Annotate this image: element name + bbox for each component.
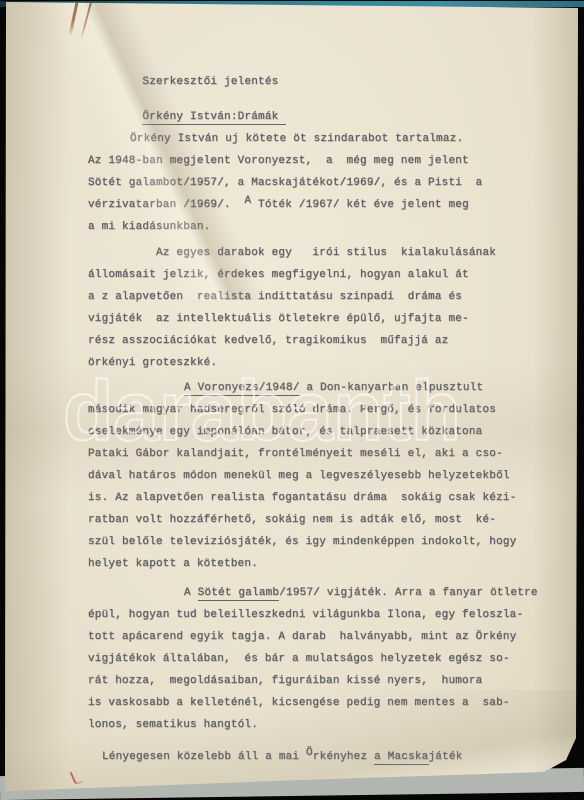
typewritten-line: Sötét galambot/1957/, a Macskajátékot/19… — [88, 172, 538, 194]
typewritten-line: Örkény István uj kötete öt szindarabot t… — [88, 128, 538, 150]
typewritten-line: dával határos módon menekül meg a legves… — [88, 465, 538, 487]
text-segment: Az egyes darabok egy irói stilus kialaku… — [156, 247, 496, 259]
text-segment: ratban volt hozzáférhető, sokáig nem is … — [88, 514, 496, 526]
typewritten-line: ratban volt hozzáférhető, sokáig nem is … — [88, 509, 538, 531]
text-segment: dával határos módon menekül meg a legves… — [88, 470, 510, 482]
paper-sheet: Szerkesztői jelentés Örkény István:Drámá… — [0, 0, 584, 800]
typewritten-line: A Voronyezs/1948/ a Don-kanyarban elpusz… — [88, 377, 538, 399]
text-segment: Pataki Gábor kalandjait, frontélményeit … — [88, 448, 503, 460]
text-segment: épül, hogyan tud beleilleszkedni világun… — [88, 609, 523, 621]
typewritten-line: a z alapvetően realista indittatásu szin… — [88, 286, 538, 308]
text-segment: vérzivatarban /1969/. — [88, 199, 244, 211]
rust-stain-mark — [68, 2, 78, 36]
underlined-text: A Voronyezs/1948/ — [184, 382, 300, 396]
typewritten-line: vérzivatarban /1969/. A Tóték /1967/ két… — [88, 194, 538, 216]
text-segment: játék — [429, 751, 463, 763]
typewritten-line: is vaskosabb a kelleténél, kicsengése pe… — [88, 692, 538, 714]
typewritten-line: is. Az alapvetően realista fogantatásu d… — [88, 487, 538, 509]
typewritten-line: Az 1948-ban megjelent Voronyezst, a még … — [88, 150, 538, 172]
text-segment: vigjáték az intellektuális ötletekre épü… — [88, 313, 469, 325]
text-segment: /1957/ vigjáték. Arra a fanyar ötletre — [279, 587, 537, 599]
text-segment: is vaskosabb a kelleténél, kicsengése pe… — [88, 697, 510, 709]
text-segment: Sötét galambot/1957/, a Macskajátékot/19… — [88, 177, 482, 189]
text-segment: a z alapvetően realista indittatásu szin… — [88, 291, 462, 303]
typewritten-line: tott apácarend egyik tagja. A darab halv… — [88, 626, 538, 648]
typewritten-line: Lényegesen közelebb áll a mai Örkényhez … — [88, 746, 538, 768]
text-segment: cselekménye egy imponálóan bátor, és tal… — [88, 426, 482, 438]
text-segment: Tóték /1967/ két éve jelent meg — [251, 199, 469, 211]
scanned-document: Szerkesztői jelentés Örkény István:Drámá… — [0, 0, 584, 800]
text-segment: helyet kapott a kötetben. — [88, 558, 258, 570]
text-segment: rkényhez — [313, 751, 374, 763]
text-segment: is. Az alapvetően realista fogantatásu d… — [88, 492, 516, 504]
typewritten-line: rát hozza, megoldásaiban, figuráiban kis… — [88, 670, 538, 692]
text-segment: rész asszociációkat kedvelő, tragikomiku… — [88, 335, 448, 347]
typewritten-line: lonos, sematikus hangtól. — [88, 714, 538, 736]
document-title-text: Örkény István:Drámák — [142, 111, 286, 125]
typewritten-line: szül belőle televiziósjáték, és igy mind… — [88, 531, 538, 553]
typewritten-line: Az egyes darabok egy irói stilus kialaku… — [88, 242, 538, 264]
underlined-text: Sötét galamb — [198, 587, 280, 601]
typewritten-line: épül, hogyan tud beleilleszkedni világun… — [88, 604, 538, 626]
text-segment: lonos, sematikus hangtól. — [88, 719, 258, 731]
report-heading: Szerkesztői jelentés — [88, 49, 538, 71]
paper-crease — [0, 0, 70, 800]
text-segment: örkényi groteszkké. — [88, 357, 217, 369]
typewritten-line: vigjátékok általában, és bár a mulatságo… — [88, 648, 538, 670]
typewritten-line: Pataki Gábor kalandjait, frontélményeit … — [88, 443, 538, 465]
text-segment: rát hozza, megoldásaiban, figuráiban kis… — [88, 675, 482, 687]
underlined-text: a Macska — [374, 751, 428, 765]
typewritten-line: a mi kiadásunkban. — [88, 216, 538, 238]
text-segment: szül belőle televiziósjáték, és igy mind… — [88, 536, 516, 548]
text-segment: A — [184, 587, 198, 599]
text-segment: Örkény István uj kötete öt szindarabot t… — [130, 133, 463, 145]
typewritten-line: A Sötét galamb/1957/ vigjáték. Arra a fa… — [88, 582, 538, 604]
typewritten-line: vigjáték az intellektuális ötletekre épü… — [88, 308, 538, 330]
text-segment: második magyar hadseregről szóló dráma. … — [88, 404, 496, 416]
report-heading-text: Szerkesztői jelentés — [142, 76, 278, 88]
rust-stain-mark — [80, 2, 92, 39]
typewritten-line: helyet kapott a kötetben. — [88, 553, 538, 575]
text-segment: Lényegesen közelebb áll a mai — [102, 751, 306, 763]
text-segment: a mi kiadásunkban. — [88, 221, 210, 233]
text-segment: tott apácarend egyik tagja. A darab halv… — [88, 631, 516, 643]
typewritten-line: cselekménye egy imponálóan bátor, és tal… — [88, 421, 538, 443]
red-ink-mark — [70, 769, 84, 785]
typewritten-line: örkényi groteszkké. — [88, 352, 538, 374]
text-segment: a Don-kanyarban elpusztult — [300, 382, 484, 394]
document-body: Örkény István uj kötete öt szindarabot t… — [88, 128, 538, 768]
typewritten-text: Szerkesztői jelentés Örkény István:Drámá… — [88, 49, 538, 768]
text-segment: vigjátékok általában, és bár a mulatságo… — [88, 653, 510, 665]
text-segment: Az 1948-ban megjelent Voronyezst, a még … — [88, 155, 469, 167]
text-segment: A — [244, 195, 251, 207]
text-segment: állomásait jelzik, érdekes megfigyelni, … — [88, 269, 469, 281]
paper-crease — [532, 0, 578, 800]
typewritten-line: állomásait jelzik, érdekes megfigyelni, … — [88, 264, 538, 286]
typewritten-line: rész asszociációkat kedvelő, tragikomiku… — [88, 330, 538, 352]
text-segment: Ö — [306, 747, 313, 759]
typewritten-line: második magyar hadseregről szóló dráma. … — [88, 399, 538, 421]
